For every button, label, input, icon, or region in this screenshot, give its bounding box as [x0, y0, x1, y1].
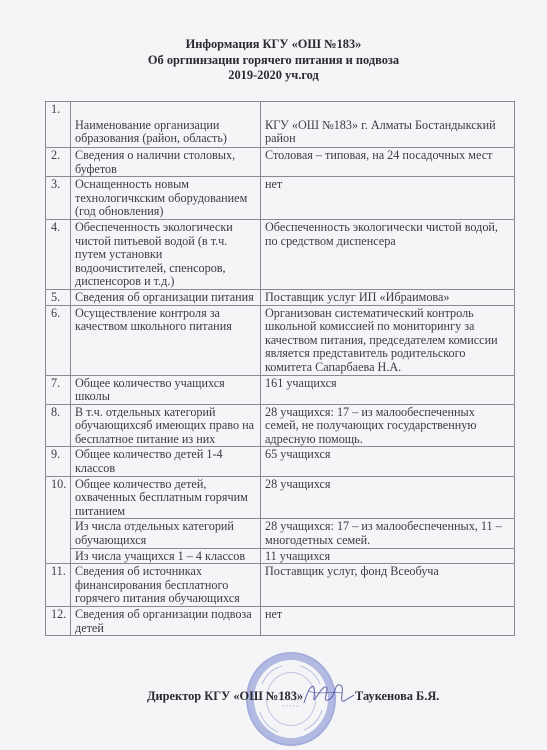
- row-value: Поставщик услуг, фонд Всеобуча: [261, 564, 515, 607]
- row-label: Оснащенность новым технологичкским обору…: [71, 177, 261, 220]
- table-row: 9.Общее количество детей 1-4 классов65 у…: [46, 447, 515, 476]
- table-row: Из числа отдельных категорий обучающихся…: [46, 519, 515, 548]
- info-table: 1.Наименование организации образования (…: [45, 101, 515, 636]
- row-label: Общее количество детей 1-4 классов: [71, 447, 261, 476]
- row-label: Сведения об организации питания: [71, 289, 261, 305]
- signature-name: Таукенова Б.Я.: [355, 689, 439, 704]
- row-label: Сведения об источниках финансирования бе…: [71, 564, 261, 607]
- row-label: Общее количество детей, охваченных беспл…: [71, 476, 261, 519]
- row-value: нет: [261, 177, 515, 220]
- row-value: нет: [261, 607, 515, 636]
- heading-line-1: Информация КГУ «ОШ №183»: [0, 37, 547, 53]
- row-label: Из числа отдельных категорий обучающихся: [71, 519, 261, 548]
- row-number: 7.: [46, 375, 71, 404]
- row-number: 12.: [46, 607, 71, 636]
- signature-position: Директор КГУ «ОШ №183»: [147, 689, 303, 704]
- table-row: 2.Сведения о наличии столовых, буфетовСт…: [46, 148, 515, 177]
- row-value: Поставщик услуг ИП «Ибраимова»: [261, 289, 515, 305]
- table-row: 8.В т.ч. отдельных категорий обучающихся…: [46, 404, 515, 447]
- row-label: Сведения о наличии столовых, буфетов: [71, 148, 261, 177]
- table-row: 1.Наименование организации образования (…: [46, 102, 515, 148]
- row-number: 4.: [46, 219, 71, 289]
- row-value: Обеспеченность экологически чистой водой…: [261, 219, 515, 289]
- row-value: Столовая – типовая, на 24 посадочных мес…: [261, 148, 515, 177]
- row-number: 10.: [46, 476, 71, 564]
- row-value: 28 учащихся: 17 – из малообеспеченных, 1…: [261, 519, 515, 548]
- table-row: 3.Оснащенность новым технологичкским обо…: [46, 177, 515, 220]
- table-row: 4.Обеспеченность экологически чистой пит…: [46, 219, 515, 289]
- table-row: 10.Общее количество детей, охваченных бе…: [46, 476, 515, 519]
- heading-line-3: 2019-2020 уч.год: [0, 68, 547, 84]
- row-number: 8.: [46, 404, 71, 447]
- table-row: 6.Осуществление контроля за качеством шк…: [46, 305, 515, 375]
- row-label: В т.ч. отдельных категорий обучающихсяб …: [71, 404, 261, 447]
- row-value: 28 учащихся: 17 – из малообеспеченных се…: [261, 404, 515, 447]
- row-number: 11.: [46, 564, 71, 607]
- row-value: Организован систематический контроль шко…: [261, 305, 515, 375]
- row-number: 6.: [46, 305, 71, 375]
- table-row: 5.Сведения об организации питанияПоставщ…: [46, 289, 515, 305]
- table-row: 11.Сведения об источниках финансирования…: [46, 564, 515, 607]
- table-row: 7.Общее количество учащихся школы161 уча…: [46, 375, 515, 404]
- row-label: Наименование организации образования (ра…: [71, 102, 261, 148]
- document-page: Информация КГУ «ОШ №183» Об оргпинзации …: [0, 0, 547, 750]
- row-number: 9.: [46, 447, 71, 476]
- row-label: Обеспеченность экологически чистой питье…: [71, 219, 261, 289]
- row-value: КГУ «ОШ №183» г. Алматы Бостандыкский ра…: [261, 102, 515, 148]
- row-number: 2.: [46, 148, 71, 177]
- row-value: 28 учащихся: [261, 476, 515, 519]
- row-value: 161 учащихся: [261, 375, 515, 404]
- row-value: 65 учащихся: [261, 447, 515, 476]
- row-label: Осуществление контроля за качеством школ…: [71, 305, 261, 375]
- row-value: 11 учащихся: [261, 548, 515, 564]
- heading-line-2: Об оргпинзации горячего питания и подвоз…: [0, 53, 547, 69]
- row-number: 5.: [46, 289, 71, 305]
- document-heading: Информация КГУ «ОШ №183» Об оргпинзации …: [0, 37, 547, 84]
- row-label: Из числа учащихся 1 – 4 классов: [71, 548, 261, 564]
- row-number: 1.: [46, 102, 71, 148]
- table-row: 12.Сведения об организации подвоза детей…: [46, 607, 515, 636]
- row-label: Сведения об организации подвоза детей: [71, 607, 261, 636]
- row-number: 3.: [46, 177, 71, 220]
- table-row: Из числа учащихся 1 – 4 классов11 учащих…: [46, 548, 515, 564]
- row-label: Общее количество учащихся школы: [71, 375, 261, 404]
- signature-scribble-icon: [300, 677, 356, 711]
